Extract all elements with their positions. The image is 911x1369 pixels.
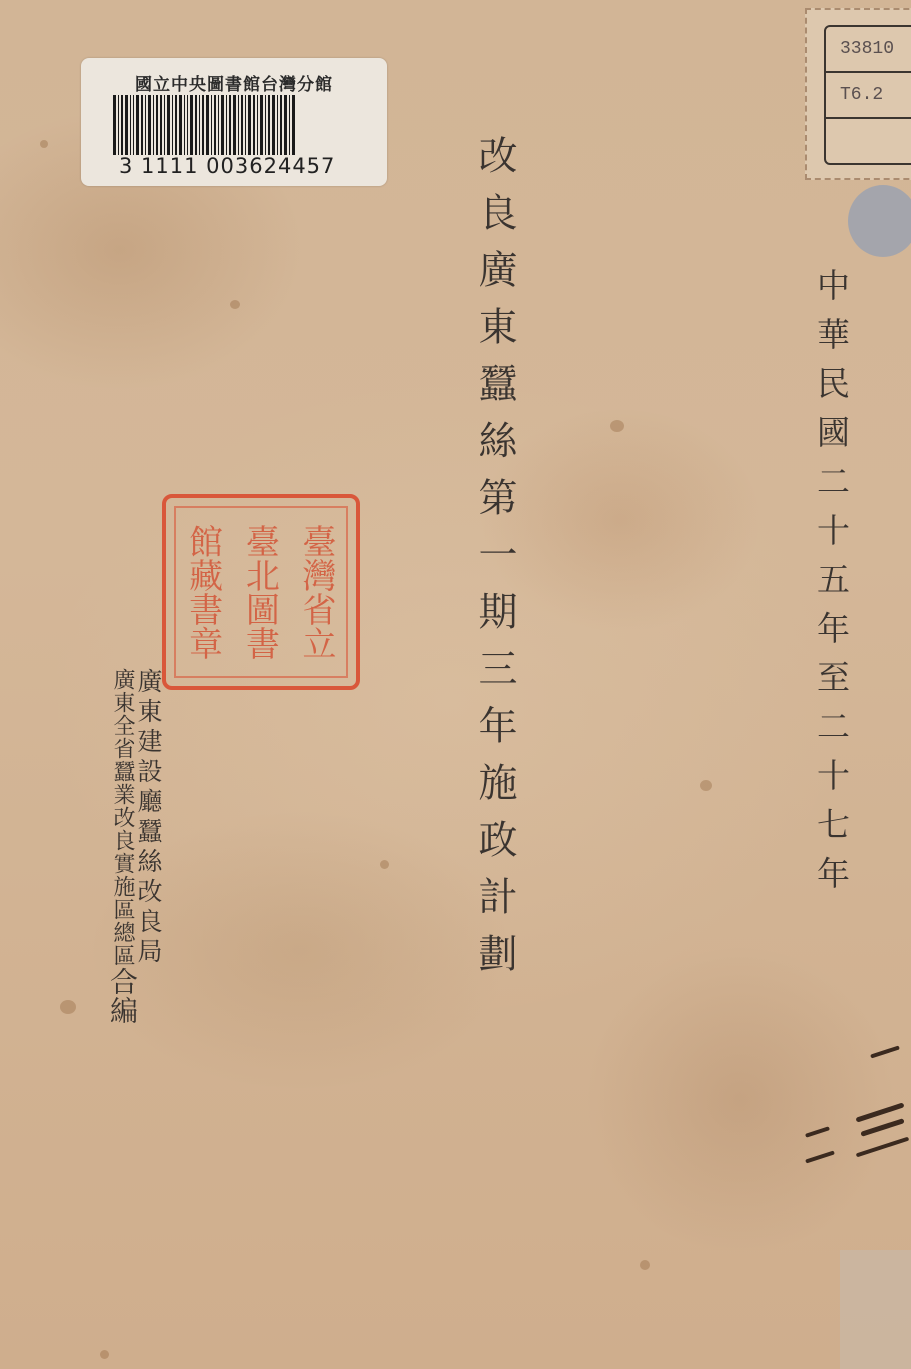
ink-mark [870, 1045, 900, 1058]
library-seal-stamp: 館藏書章 臺北圖書 臺灣省立 [162, 494, 360, 690]
stain [230, 300, 240, 309]
seal-text: 館藏書章 [176, 508, 233, 676]
stain [610, 420, 624, 432]
paper-patch [840, 1250, 911, 1369]
call-number: T6.2 [826, 73, 911, 119]
round-sticker [848, 185, 911, 257]
seal-text: 臺灣省立 [289, 508, 346, 676]
stain [700, 780, 712, 791]
stain [380, 860, 389, 869]
library-barcode-label: 國立中央圖書館台灣分館 3 1111 003624457 [81, 58, 387, 186]
document-title: 改良廣東蠶絲第一期三年施政計劃 [466, 135, 522, 990]
document-date: 中華民國二十五年至二十七年 [808, 268, 855, 905]
barcode-number: 3 1111 003624457 [119, 154, 335, 178]
stain [100, 1350, 109, 1359]
stain [40, 140, 48, 148]
accession-number: 33810 [826, 27, 911, 73]
seal-text: 臺北圖書 [233, 508, 290, 676]
barcode-icon [113, 95, 355, 155]
publisher-suffix: 合編 [106, 967, 139, 1025]
ink-mark [805, 1150, 835, 1163]
publisher-line-2: 廣東全省蠶業改良實施區總區合編 [102, 668, 142, 1025]
ink-mark [860, 1118, 904, 1137]
stain [640, 1260, 650, 1270]
document-cover: 國立中央圖書館台灣分館 3 1111 003624457 33810 T6.2 … [0, 0, 911, 1369]
ink-mark [856, 1137, 910, 1158]
ink-mark [805, 1126, 830, 1138]
stain [60, 1000, 76, 1014]
call-number-blank [826, 119, 911, 163]
call-number-slip: 33810 T6.2 [805, 8, 911, 180]
library-name: 國立中央圖書館台灣分館 [81, 70, 387, 95]
